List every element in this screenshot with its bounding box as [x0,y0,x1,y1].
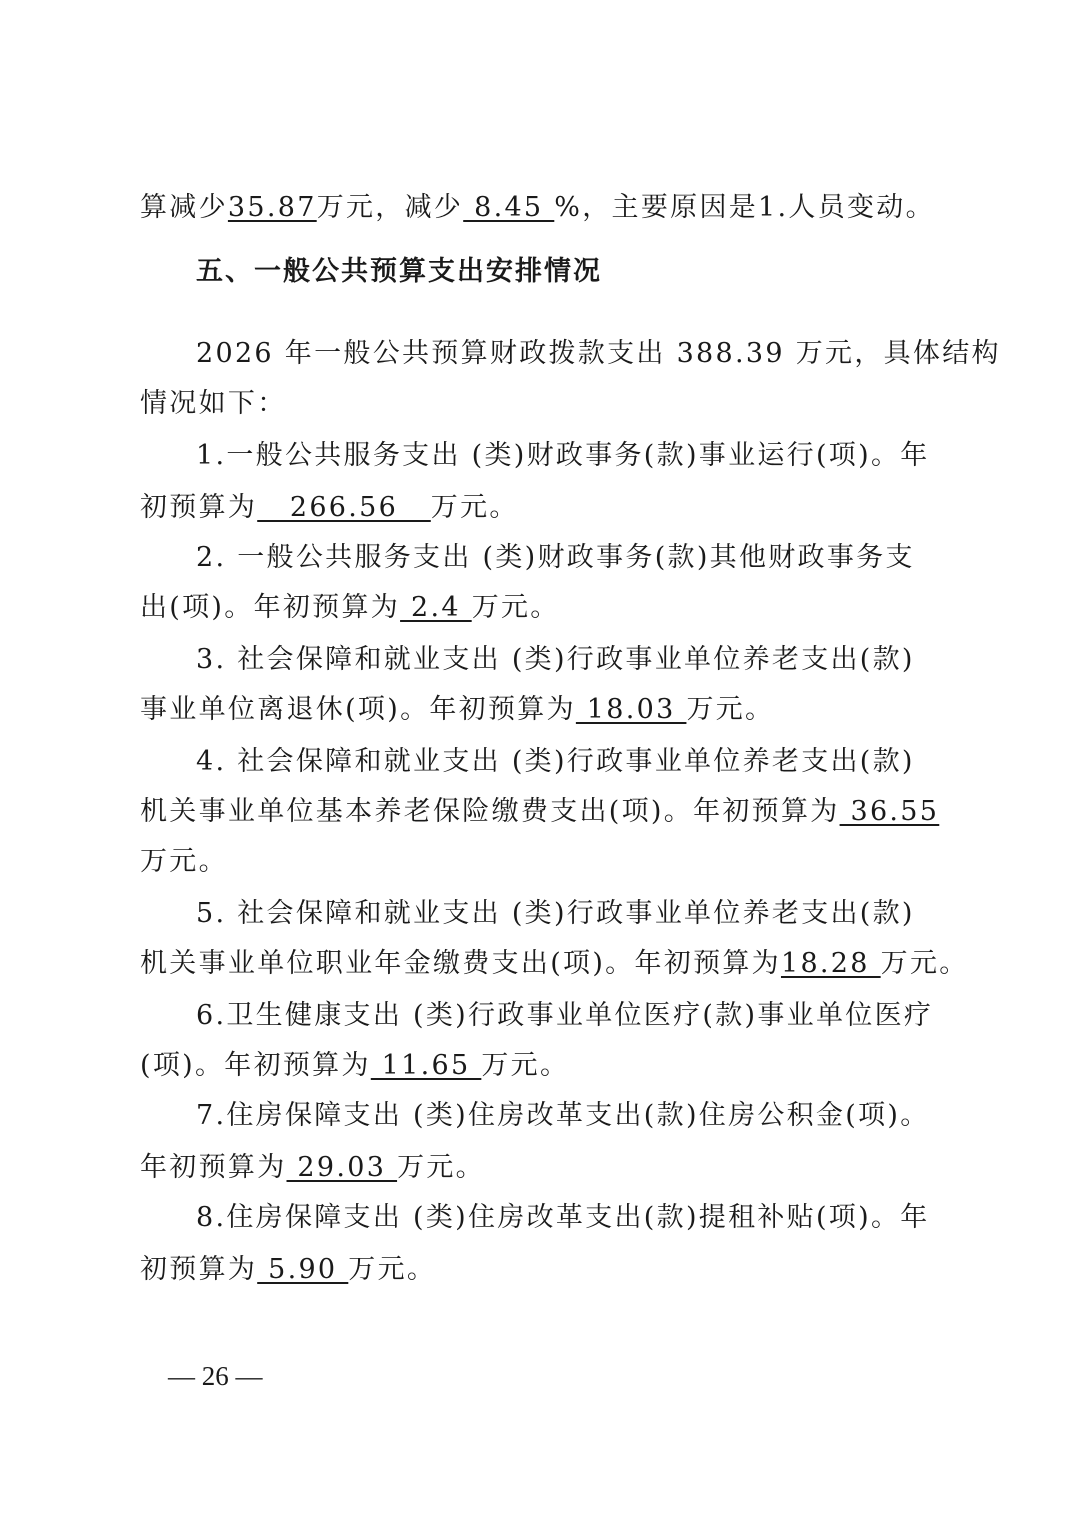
item-5-line-1: 5. 社会保障和就业支出 (类)行政事业单位养老支出(款) [196,894,996,934]
item-4-line-2: 机关事业单位基本养老保险缴费支出(项)。年初预算为 36.55 [140,792,940,832]
item-3-line-1: 3. 社会保障和就业支出 (类)行政事业单位养老支出(款) [196,640,996,680]
item-2-unit: 万元。 [472,592,560,623]
item-8-unit: 万元。 [348,1254,436,1285]
item-6-prefix: (项)。年初预算为 [140,1050,371,1081]
document-page: 算减少35.87万元，减少 8.45 %，主要原因是1.人员变动。 五、一般公共… [0,0,1074,1520]
item-1-line-1: 1.一般公共服务支出 (类)财政事务(款)事业运行(项)。年 [196,436,996,476]
section-heading: 五、一般公共预算支出安排情况 [196,252,602,292]
summary-line-1: 2026 年一般公共预算财政拨款支出 388.39 万元，具体结构 [196,334,996,374]
item-1-amount: 266.56 [257,492,431,523]
item-7-line-1: 7.住房保障支出 (类)住房改革支出(款)住房公积金(项)。 [196,1096,996,1136]
item-1-prefix: 初预算为 [140,492,257,523]
item-5-line-2: 机关事业单位职业年金缴费支出(项)。年初预算为18.28 万元。 [140,944,940,984]
item-4-line-1: 4. 社会保障和就业支出 (类)行政事业单位养老支出(款) [196,742,996,782]
item-6-amount: 11.65 [371,1050,482,1081]
item-2-line-1: 2. 一般公共服务支出 (类)财政事务(款)其他财政事务支 [196,538,996,578]
item-8-amount: 5.90 [257,1254,348,1285]
item-3-unit: 万元。 [686,694,774,725]
decrease-amount: 35.87 [228,192,317,223]
item-4-prefix: 机关事业单位基本养老保险缴费支出(项)。年初预算为 [140,796,840,827]
intro-mid: 万元，减少 [317,192,464,223]
item-5-prefix: 机关事业单位职业年金缴费支出(项)。年初预算为 [140,948,781,979]
intro-suffix: %，主要原因是1.人员变动。 [554,192,935,223]
item-8-line-2: 初预算为 5.90 万元。 [140,1250,940,1290]
item-7-prefix: 年初预算为 [140,1152,287,1183]
summary-line-2: 情况如下： [140,384,940,424]
item-3-line-2: 事业单位离退休(项)。年初预算为 18.03 万元。 [140,690,940,730]
item-5-amount: 18.28 [781,948,881,979]
item-7-amount: 29.03 [287,1152,398,1183]
item-3-amount: 18.03 [576,694,687,725]
item-4-amount: 36.55 [840,796,940,827]
intro-prefix: 算减少 [140,192,228,223]
item-3-prefix: 事业单位离退休(项)。年初预算为 [140,694,576,725]
item-7-line-2: 年初预算为 29.03 万元。 [140,1148,940,1188]
page-number: — 26 — [168,1356,263,1396]
decrease-percent: 8.45 [463,192,554,223]
item-2-amount: 2.4 [400,592,472,623]
item-2-prefix: 出(项)。年初预算为 [140,592,400,623]
intro-line: 算减少35.87万元，减少 8.45 %，主要原因是1.人员变动。 [140,188,940,228]
item-6-unit: 万元。 [481,1050,569,1081]
item-4-line-3: 万元。 [140,842,940,882]
item-5-unit: 万元。 [881,948,969,979]
item-1-unit: 万元。 [431,492,519,523]
item-8-prefix: 初预算为 [140,1254,257,1285]
item-7-unit: 万元。 [397,1152,485,1183]
item-6-line-1: 6.卫生健康支出 (类)行政事业单位医疗(款)事业单位医疗 [196,996,996,1036]
item-8-line-1: 8.住房保障支出 (类)住房改革支出(款)提租补贴(项)。年 [196,1198,996,1238]
item-1-line-2: 初预算为 266.56 万元。 [140,488,940,528]
item-6-line-2: (项)。年初预算为 11.65 万元。 [140,1046,940,1086]
item-2-line-2: 出(项)。年初预算为 2.4 万元。 [140,588,940,628]
